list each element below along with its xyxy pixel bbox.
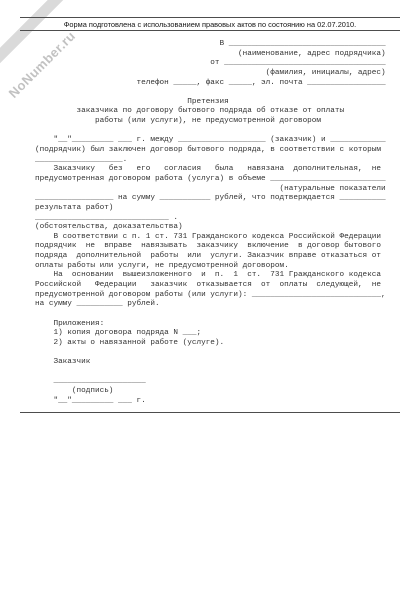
doc-line: (натуральные показатели bbox=[35, 185, 391, 195]
doc-line: "__"_________ ___ г. bbox=[35, 397, 391, 407]
doc-line: Российской Федерации заказчик отказывает… bbox=[35, 281, 391, 291]
doc-line: телефон _____, факс _____, эл. почта ___… bbox=[35, 79, 391, 89]
doc-line: 2) акты о навязанной работе (услуге). bbox=[35, 339, 391, 349]
notice-band: Форма подготовлена с использованием прав… bbox=[20, 17, 400, 31]
doc-line: на сумму __________ рублей. bbox=[35, 300, 391, 310]
doc-line: В __________________________________ bbox=[35, 40, 391, 50]
bottom-rule bbox=[20, 412, 400, 413]
doc-line: от ___________________________________ bbox=[35, 59, 391, 69]
doc-line: (обстоятельства, доказательства) bbox=[35, 223, 391, 233]
doc-line: (фамилия, инициалы, адрес) bbox=[35, 69, 391, 79]
doc-line: (подрядчик) был заключен договор бытовог… bbox=[35, 146, 391, 156]
doc-line bbox=[35, 349, 391, 359]
doc-line: Приложения: bbox=[35, 320, 391, 330]
doc-line: заказчика по договору бытового подряда о… bbox=[35, 107, 391, 117]
doc-line: подряда дополнительной работы или услуги… bbox=[35, 252, 391, 262]
doc-line: подрядчик не вправе навязывать заказчику… bbox=[35, 242, 391, 252]
doc-line bbox=[35, 88, 391, 98]
doc-line: 1) копия договора подряда N ___; bbox=[35, 329, 391, 339]
doc-line: предусмотренной договором работы (или ус… bbox=[35, 291, 391, 301]
doc-line: оплаты работы или услуги, не предусмотре… bbox=[35, 262, 391, 272]
doc-line: работы (или услуги), не предусмотренной … bbox=[35, 117, 391, 127]
doc-line: _________________ на сумму ___________ р… bbox=[35, 194, 391, 204]
doc-line: ___________________. bbox=[35, 156, 391, 166]
doc-line: В соответствии с п. 1 ст. 731 Гражданско… bbox=[35, 233, 391, 243]
doc-line bbox=[35, 127, 391, 137]
doc-line: результата работ) bbox=[35, 204, 391, 214]
doc-line bbox=[35, 368, 391, 378]
doc-line bbox=[35, 310, 391, 320]
document-body: В __________________________________ (на… bbox=[35, 40, 391, 406]
doc-line: _____________________________ . bbox=[35, 214, 391, 224]
doc-line: Заказчику без его согласия была навязана… bbox=[35, 165, 391, 175]
doc-line: На основании вышеизложенного и п. 1 ст. … bbox=[35, 271, 391, 281]
page: NoNumber.ru Форма подготовлена с использ… bbox=[0, 0, 420, 600]
doc-line: Заказчик bbox=[35, 358, 391, 368]
doc-line: (наименование, адрес подрядчика) bbox=[35, 50, 391, 60]
doc-line: "__"_________ ___ г. между _____________… bbox=[35, 136, 391, 146]
doc-line: (подпись) bbox=[35, 387, 391, 397]
doc-line: предусмотренная договором работа (услуга… bbox=[35, 175, 391, 185]
doc-line: ____________________ bbox=[35, 377, 391, 387]
notice-text: Форма подготовлена с использованием прав… bbox=[64, 20, 356, 29]
